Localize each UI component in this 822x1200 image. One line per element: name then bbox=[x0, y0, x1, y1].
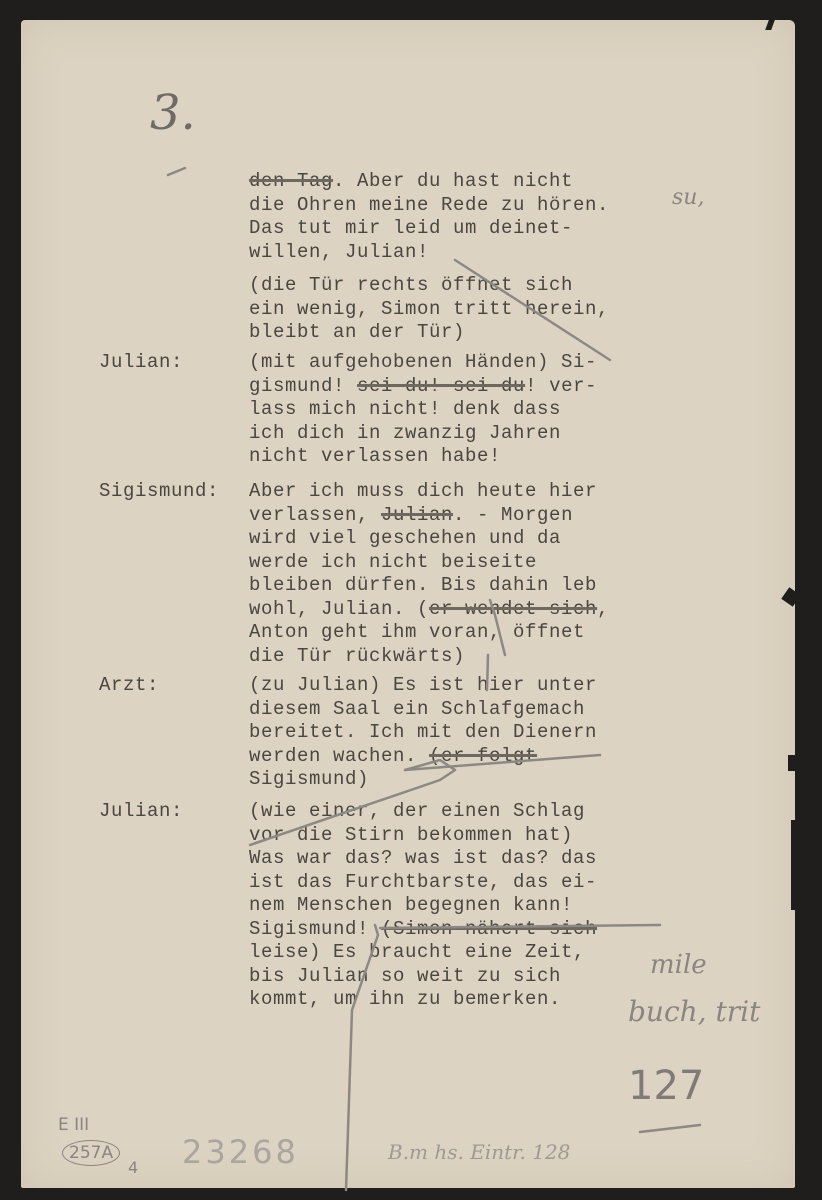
page-number: 127 bbox=[628, 1063, 704, 1109]
typed-line: ist das Furchtbarste, das ei- bbox=[249, 871, 597, 895]
margin-insert-mark: su, bbox=[672, 185, 704, 210]
struck-text: sei du! sei du bbox=[357, 375, 525, 397]
struck-text: (er folgt bbox=[429, 745, 537, 767]
typed-text: lass mich nicht! denk dass bbox=[249, 398, 561, 420]
typed-text: (zu Julian) Es ist hier unter bbox=[249, 674, 597, 696]
typed-line: bereitet. Ich mit den Dienern bbox=[249, 721, 597, 745]
typed-text: werde ich nicht beiseite bbox=[249, 551, 537, 573]
typed-line: wohl, Julian. (er wendet sich, bbox=[249, 598, 609, 622]
struck-text: Julian bbox=[381, 504, 453, 526]
typed-line: Sigismund! (Simon nähert sich bbox=[249, 918, 597, 942]
typed-text: bis Julian so weit zu sich bbox=[249, 965, 561, 987]
typed-text: (mit aufgehobenen Händen) Si- bbox=[249, 351, 597, 373]
typed-line: bis Julian so weit zu sich bbox=[249, 965, 561, 989]
typed-line: Sigismund) bbox=[249, 768, 369, 792]
shelfmark-roman: E III bbox=[58, 1115, 89, 1135]
typed-line: diesem Saal ein Schlafgemach bbox=[249, 698, 585, 722]
typed-text: Sigismund! bbox=[249, 918, 381, 940]
typed-text: wohl, Julian. ( bbox=[249, 598, 429, 620]
struck-text: den Tag bbox=[249, 170, 333, 192]
typed-text: Sigismund) bbox=[249, 768, 369, 790]
typed-line: die Ohren meine Rede zu hören. bbox=[249, 194, 609, 218]
typed-text: verlassen, bbox=[249, 504, 381, 526]
typed-text: ich dich in zwanzig Jahren bbox=[249, 422, 561, 444]
typed-line: werde ich nicht beiseite bbox=[249, 551, 537, 575]
typed-line: Das tut mir leid um deinet- bbox=[249, 217, 573, 241]
typed-text: nem Menschen begegnen kann! bbox=[249, 894, 573, 916]
typed-text: werden wachen. bbox=[249, 745, 429, 767]
typed-text: (wie einer, der einen Schlag bbox=[249, 800, 585, 822]
typed-text: gismund! bbox=[249, 375, 357, 397]
typed-line: vor die Stirn bekommen hat) bbox=[249, 824, 573, 848]
typed-line: leise) Es braucht eine Zeit, bbox=[249, 941, 585, 965]
typed-line: wird viel geschehen und da bbox=[249, 527, 561, 551]
typed-line: nicht verlassen habe! bbox=[249, 445, 501, 469]
inventory-number: 23268 bbox=[182, 1133, 299, 1171]
speaker-label: Julian: bbox=[99, 800, 183, 824]
typed-text: die Tür rückwärts) bbox=[249, 645, 465, 667]
typed-text: diesem Saal ein Schlafgemach bbox=[249, 698, 585, 720]
typed-line: gismund! sei du! sei du! ver- bbox=[249, 375, 597, 399]
typed-text: willen, Julian! bbox=[249, 241, 429, 263]
typed-text: ! ver- bbox=[525, 375, 597, 397]
speaker-label: Arzt: bbox=[99, 674, 159, 698]
typed-line: (mit aufgehobenen Händen) Si- bbox=[249, 351, 597, 375]
typed-line: (wie einer, der einen Schlag bbox=[249, 800, 585, 824]
typed-line: Anton geht ihm voran, öffnet bbox=[249, 621, 585, 645]
typed-text: Das tut mir leid um deinet- bbox=[249, 217, 573, 239]
typed-line: (zu Julian) Es ist hier unter bbox=[249, 674, 597, 698]
typed-text: Aber ich muss dich heute hier bbox=[249, 480, 597, 502]
typed-line: kommt, um ihn zu bemerken. bbox=[249, 988, 561, 1012]
typed-text: . Aber du hast nicht bbox=[333, 170, 573, 192]
typed-text: nicht verlassen habe! bbox=[249, 445, 501, 467]
margin-insert-note: buch, trit bbox=[628, 995, 760, 1028]
typed-text: bereitet. Ich mit den Dienern bbox=[249, 721, 597, 743]
typed-line: lass mich nicht! denk dass bbox=[249, 398, 561, 422]
struck-text: er wendet sich bbox=[429, 598, 597, 620]
shelfmark-sub: 4 bbox=[128, 1158, 138, 1177]
typed-text: bleiben dürfen. Bis dahin leb bbox=[249, 574, 597, 596]
typed-text: Anton geht ihm voran, öffnet bbox=[249, 621, 585, 643]
stage-direction-line: ein wenig, Simon tritt herein, bbox=[249, 298, 609, 322]
margin-insert-note: mile bbox=[650, 950, 707, 980]
typed-text: , bbox=[597, 598, 609, 620]
speaker-label: Julian: bbox=[99, 351, 183, 375]
stage-direction-line: (die Tür rechts öffnet sich bbox=[249, 274, 573, 298]
collection-note: B.m hs. Eintr. 128 bbox=[388, 1140, 570, 1164]
speaker-label: Sigismund: bbox=[99, 480, 219, 504]
section-number: 3. bbox=[150, 85, 196, 141]
typed-line: verlassen, Julian. - Morgen bbox=[249, 504, 573, 528]
typed-line: willen, Julian! bbox=[249, 241, 429, 265]
typed-text: vor die Stirn bekommen hat) bbox=[249, 824, 573, 846]
typed-text: wird viel geschehen und da bbox=[249, 527, 561, 549]
typed-line: ich dich in zwanzig Jahren bbox=[249, 422, 561, 446]
typed-text: leise) Es braucht eine Zeit, bbox=[249, 941, 585, 963]
typed-line: die Tür rückwärts) bbox=[249, 645, 465, 669]
typed-text: ist das Furchtbarste, das ei- bbox=[249, 871, 597, 893]
typed-text: kommt, um ihn zu bemerken. bbox=[249, 988, 561, 1010]
typed-line: den Tag. Aber du hast nicht bbox=[249, 170, 573, 194]
shelfmark-circled: 257A bbox=[62, 1140, 120, 1166]
typed-text: Was war das? was ist das? das bbox=[249, 847, 597, 869]
stage-direction-line: bleibt an der Tür) bbox=[249, 321, 465, 345]
typed-line: nem Menschen begegnen kann! bbox=[249, 894, 573, 918]
typed-text: die Ohren meine Rede zu hören. bbox=[249, 194, 609, 216]
typed-line: bleiben dürfen. Bis dahin leb bbox=[249, 574, 597, 598]
typed-line: Was war das? was ist das? das bbox=[249, 847, 597, 871]
typed-line: werden wachen. (er folgt bbox=[249, 745, 537, 769]
typed-line: Aber ich muss dich heute hier bbox=[249, 480, 597, 504]
typed-text: . - Morgen bbox=[453, 504, 573, 526]
struck-text: (Simon nähert sich bbox=[381, 918, 597, 940]
